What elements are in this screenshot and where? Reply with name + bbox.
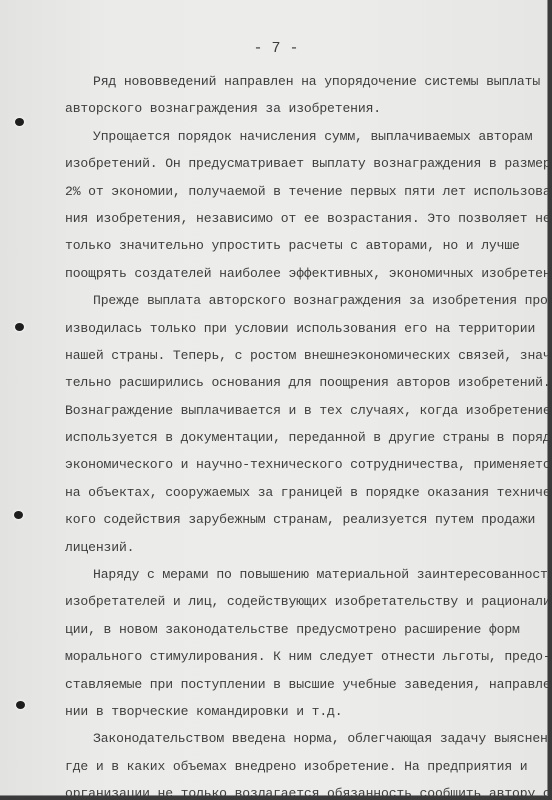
text-line: ставляемые при поступлении в высшие учеб… bbox=[65, 671, 535, 698]
text-line: изводилась только при условии использова… bbox=[65, 315, 535, 342]
punch-hole bbox=[15, 118, 24, 126]
text-line: поощрять создателей наиболее эффективных… bbox=[65, 260, 535, 287]
body-text: Ряд нововведений направлен на упорядочен… bbox=[65, 68, 535, 800]
text-line: только значительно упростить расчеты с а… bbox=[65, 232, 535, 259]
text-line: ции, в новом законодательстве предусмотр… bbox=[65, 616, 535, 643]
text-line: нашей страны. Теперь, с ростом внешнеэко… bbox=[65, 342, 535, 369]
text-line: экономического и научно-технического сот… bbox=[65, 451, 535, 478]
punch-hole bbox=[14, 511, 23, 519]
text-line: лицензий. bbox=[65, 534, 535, 561]
text-line: ния изобретения, независимо от ее возрас… bbox=[65, 205, 535, 232]
text-line: морального стимулирования. К ним следует… bbox=[65, 643, 535, 670]
scan-edge-right bbox=[548, 0, 552, 800]
text-line: Ряд нововведений направлен на упорядочен… bbox=[65, 68, 535, 95]
paragraph: Прежде выплата авторского вознаграждения… bbox=[65, 287, 535, 561]
text-line: 2% от экономии, получаемой в течение пер… bbox=[65, 178, 535, 205]
text-line: изобретений. Он предусматривает выплату … bbox=[65, 150, 535, 177]
punch-hole bbox=[15, 323, 24, 331]
text-line: Упрощается порядок начисления сумм, выпл… bbox=[65, 123, 535, 150]
text-line: Прежде выплата авторского вознаграждения… bbox=[65, 287, 535, 314]
document-page: - 7 - Ряд нововведений направлен на упор… bbox=[0, 0, 548, 796]
text-line: где и в каких объемах внедрено изобретен… bbox=[65, 753, 535, 780]
paragraph: Наряду с мерами по повышению материально… bbox=[65, 561, 535, 725]
text-line: на объектах, сооружаемых за границей в п… bbox=[65, 479, 535, 506]
paragraph: Законодательством введена норма, облегча… bbox=[65, 725, 535, 800]
scan-edge-bottom bbox=[0, 796, 552, 800]
text-line: тельно расширились основания для поощрен… bbox=[65, 369, 535, 396]
text-line: нии в творческие командировки и т.д. bbox=[65, 698, 535, 725]
punch-hole bbox=[16, 701, 25, 709]
page-number: - 7 - bbox=[0, 40, 552, 57]
text-line: авторского вознаграждения за изобретения… bbox=[65, 95, 535, 122]
text-line: Наряду с мерами по повышению материально… bbox=[65, 561, 535, 588]
text-line: используется в документации, переданной … bbox=[65, 424, 535, 451]
paragraph: Ряд нововведений направлен на упорядочен… bbox=[65, 68, 535, 123]
paragraph: Упрощается порядок начисления сумм, выпл… bbox=[65, 123, 535, 287]
text-line: изобретателей и лиц, содействующих изобр… bbox=[65, 588, 535, 615]
text-line: Законодательством введена норма, облегча… bbox=[65, 725, 535, 752]
text-line: кого содействия зарубежным странам, реал… bbox=[65, 506, 535, 533]
text-line: Вознаграждение выплачивается и в тех слу… bbox=[65, 397, 535, 424]
